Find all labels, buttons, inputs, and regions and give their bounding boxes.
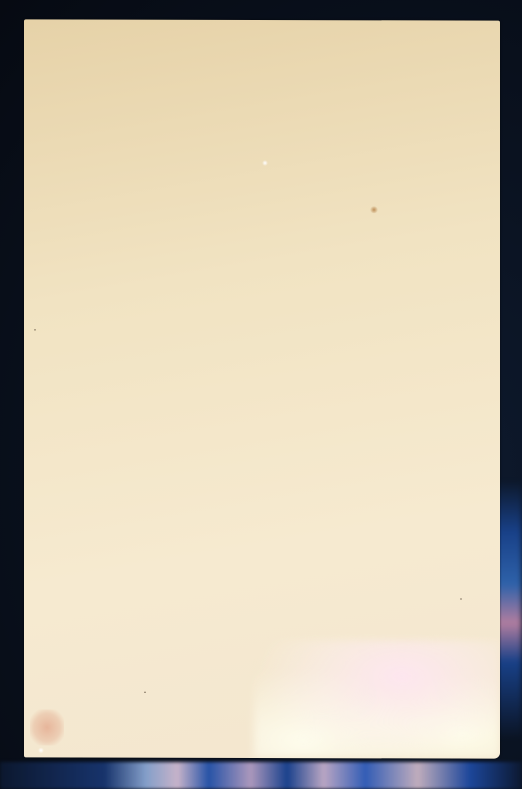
photo-card-back: [24, 19, 500, 758]
brown-spot: [370, 206, 378, 213]
paper-fleck: [34, 329, 36, 330]
paper-dent: [262, 160, 268, 166]
paper-fleck: [144, 692, 146, 693]
reddish-stain: [30, 709, 64, 745]
paper-fleck: [460, 599, 462, 600]
light-glare-card: [254, 640, 500, 759]
light-glare-bottom-strip: [0, 762, 522, 789]
paper-dent: [38, 747, 44, 753]
